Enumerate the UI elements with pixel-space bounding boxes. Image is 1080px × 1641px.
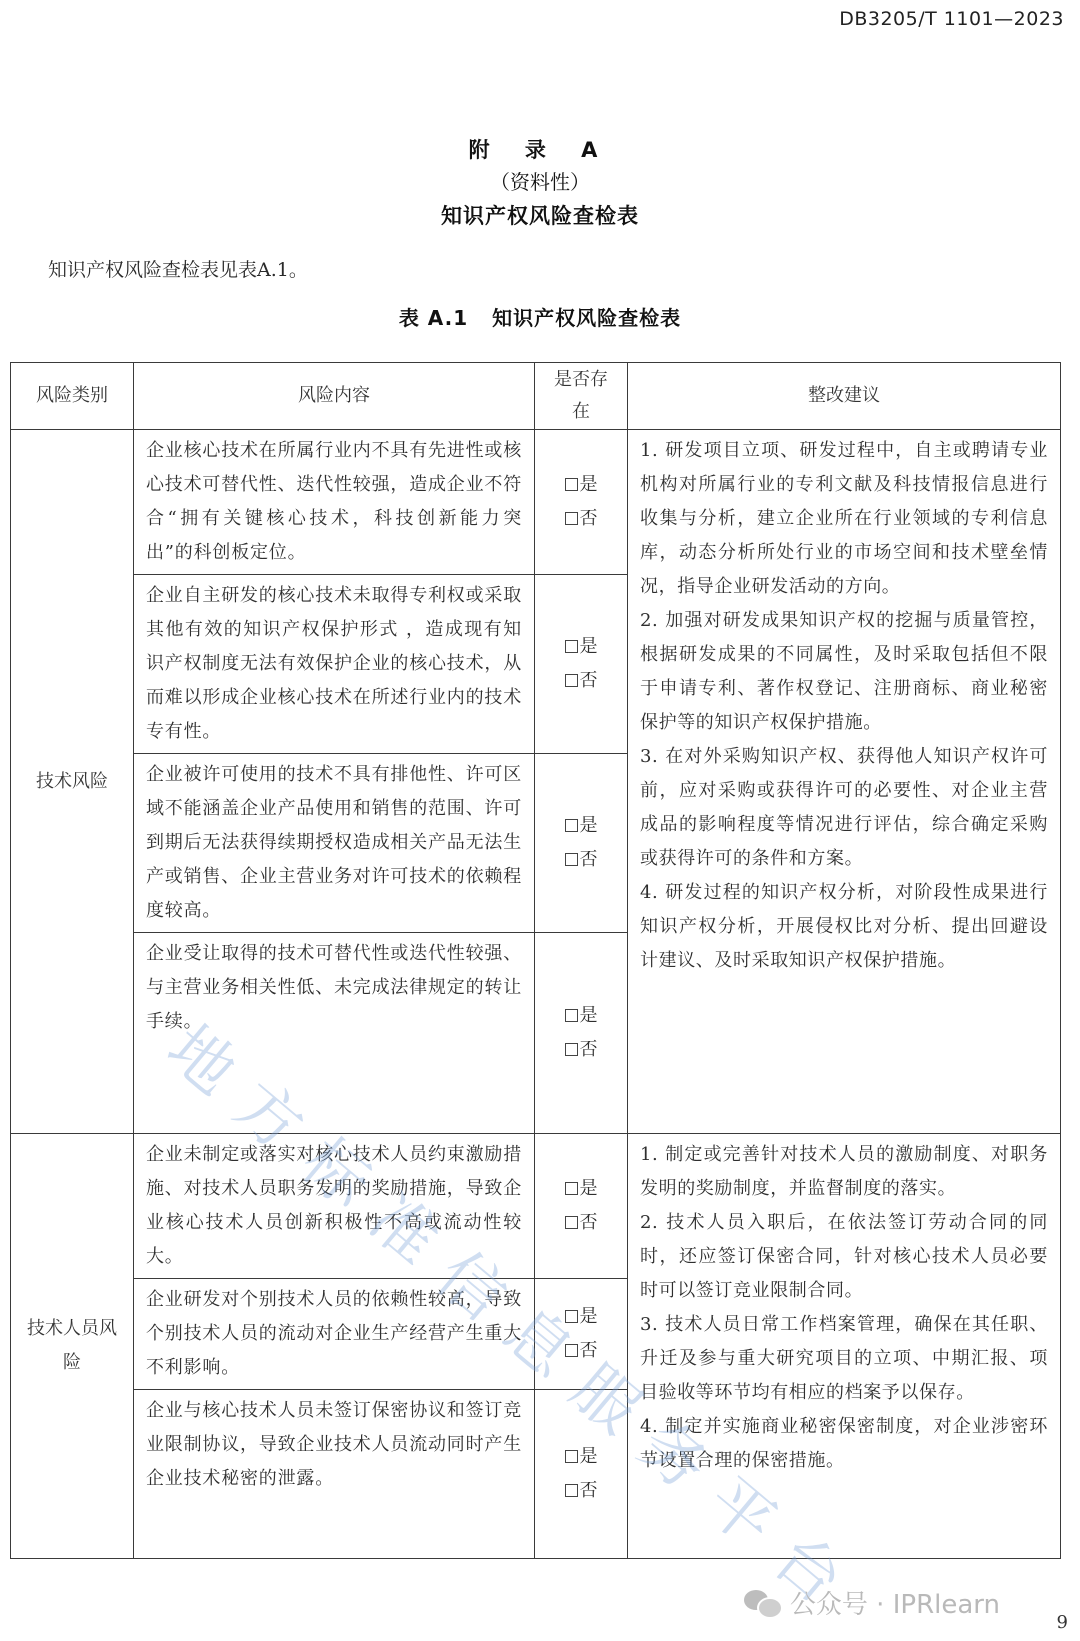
checkbox-yes[interactable] [565, 1450, 578, 1463]
intro-text: 知识产权风险查检表见表A.1。 [48, 255, 308, 282]
advice-cell: 1. 研发项目立项、研发过程中，自主或聘请专业机构对所属行业的专利文献及科技情报… [628, 430, 1061, 1134]
option-no[interactable]: 否 [535, 1206, 627, 1240]
option-no[interactable]: 否 [535, 1474, 627, 1508]
exists-cell: 是 否 [535, 754, 628, 933]
header-category: 风险类别 [11, 363, 134, 430]
option-no[interactable]: 否 [535, 843, 627, 877]
risk-content: 企业自主研发的核心技术未取得专利权或采取其他有效的知识产权保护形式 ，造成现有知… [134, 575, 535, 754]
option-yes[interactable]: 是 [535, 1300, 627, 1334]
table-header-row: 风险类别 风险内容 是否存在 整改建议 [11, 363, 1061, 430]
appendix-title: 附 录 A [0, 134, 1080, 166]
table-number: 表 A.1 [399, 306, 468, 330]
appendix-subtitle: （资料性） [0, 166, 1080, 198]
document-code: DB3205/T 1101—2023 [839, 8, 1064, 30]
brand-label: 公众号 · IPRlearn [790, 1584, 1000, 1621]
advice-item: 3. 在对外采购知识产权、获得他人知识产权许可前，应对采购或获得许可的必要性、对… [640, 740, 1048, 876]
checkbox-no[interactable] [565, 1484, 578, 1497]
exists-cell: 是 否 [535, 430, 628, 575]
option-no[interactable]: 否 [535, 1334, 627, 1368]
checkbox-no[interactable] [565, 674, 578, 687]
checkbox-no[interactable] [565, 853, 578, 866]
checkbox-yes[interactable] [565, 478, 578, 491]
checkbox-yes[interactable] [565, 819, 578, 832]
option-no[interactable]: 否 [535, 1033, 627, 1067]
checkbox-yes[interactable] [565, 640, 578, 653]
risk-content: 企业受让取得的技术可替代性或迭代性较强、与主营业务相关性低、未完成法律规定的转让… [134, 933, 535, 1134]
option-yes[interactable]: 是 [535, 809, 627, 843]
advice-item: 2. 技术人员入职后，在依法签订劳动合同的同时，还应签订保密合同，针对核心技术人… [640, 1206, 1048, 1308]
appendix-heading: 附 录 A （资料性） 知识产权风险查检表 [0, 134, 1080, 234]
risk-content: 企业研发对个别技术人员的依赖性较高，导致个别技术人员的流动对企业生产经营产生重大… [134, 1279, 535, 1390]
option-yes[interactable]: 是 [535, 630, 627, 664]
checkbox-yes[interactable] [565, 1182, 578, 1195]
appendix-name: 知识产权风险查检表 [0, 198, 1080, 234]
checkbox-no[interactable] [565, 512, 578, 525]
option-yes[interactable]: 是 [535, 468, 627, 502]
checkbox-no[interactable] [565, 1216, 578, 1229]
advice-cell: 1. 制定或完善针对技术人员的激励制度、对职务发明的奖励制度，并监督制度的落实。… [628, 1134, 1061, 1559]
checkbox-yes[interactable] [565, 1310, 578, 1323]
advice-item: 1. 研发项目立项、研发过程中，自主或聘请专业机构对所属行业的专利文献及科技情报… [640, 434, 1048, 604]
option-no[interactable]: 否 [535, 664, 627, 698]
option-yes[interactable]: 是 [535, 1440, 627, 1474]
advice-item: 4. 研发过程的知识产权分析，对阶段性成果进行知识产权分析，开展侵权比对分析、提… [640, 876, 1048, 978]
table-row: 技术风险 企业核心技术在所属行业内不具有先进性或核心技术可替代性、迭代性较强，造… [11, 430, 1061, 575]
option-yes[interactable]: 是 [535, 1172, 627, 1206]
checkbox-no[interactable] [565, 1043, 578, 1056]
header-exists: 是否存在 [535, 363, 628, 430]
option-no[interactable]: 否 [535, 502, 627, 536]
advice-item: 2. 加强对研发成果知识产权的挖掘与质量管控，根据研发成果的不同属性，及时采取包… [640, 604, 1048, 740]
risk-content: 企业核心技术在所属行业内不具有先进性或核心技术可替代性、迭代性较强，造成企业不符… [134, 430, 535, 575]
risk-checklist-table: 风险类别 风险内容 是否存在 整改建议 技术风险 企业核心技术在所属行业内不具有… [10, 362, 1061, 1559]
table-caption: 表 A.1知识产权风险查检表 [0, 302, 1080, 331]
exists-cell: 是 否 [535, 933, 628, 1134]
table-title: 知识产权风险查检表 [492, 306, 681, 330]
checkbox-no[interactable] [565, 1344, 578, 1357]
option-yes[interactable]: 是 [535, 999, 627, 1033]
table-row: 技术人员风险 企业未制定或落实对核心技术人员约束激励措施、对技术人员职务发明的奖… [11, 1134, 1061, 1279]
advice-item: 4. 制定并实施商业秘密保密制度，对企业涉密环节设置合理的保密措施。 [640, 1410, 1048, 1478]
exists-cell: 是 否 [535, 1134, 628, 1279]
page-number: 9 [1057, 1612, 1068, 1633]
advice-item: 1. 制定或完善针对技术人员的激励制度、对职务发明的奖励制度，并监督制度的落实。 [640, 1138, 1048, 1206]
header-content: 风险内容 [134, 363, 535, 430]
advice-item: 3. 技术人员日常工作档案管理，确保在其任职、升迁及参与重大研究项目的立项、中期… [640, 1308, 1048, 1410]
checkbox-yes[interactable] [565, 1009, 578, 1022]
exists-cell: 是 否 [535, 1279, 628, 1390]
exists-cell: 是 否 [535, 575, 628, 754]
footer-brand: 公众号 · IPRlearn [744, 1584, 1000, 1621]
wechat-icon [744, 1588, 782, 1618]
risk-content: 企业被许可使用的技术不具有排他性、许可区域不能涵盖企业产品使用和销售的范围、许可… [134, 754, 535, 933]
category-cell: 技术人员风险 [11, 1134, 134, 1559]
category-cell: 技术风险 [11, 430, 134, 1134]
risk-content: 企业与核心技术人员未签订保密协议和签订竞业限制协议，导致企业技术人员流动同时产生… [134, 1390, 535, 1559]
exists-cell: 是 否 [535, 1390, 628, 1559]
risk-content: 企业未制定或落实对核心技术人员约束激励措施、对技术人员职务发明的奖励措施，导致企… [134, 1134, 535, 1279]
header-advice: 整改建议 [628, 363, 1061, 430]
